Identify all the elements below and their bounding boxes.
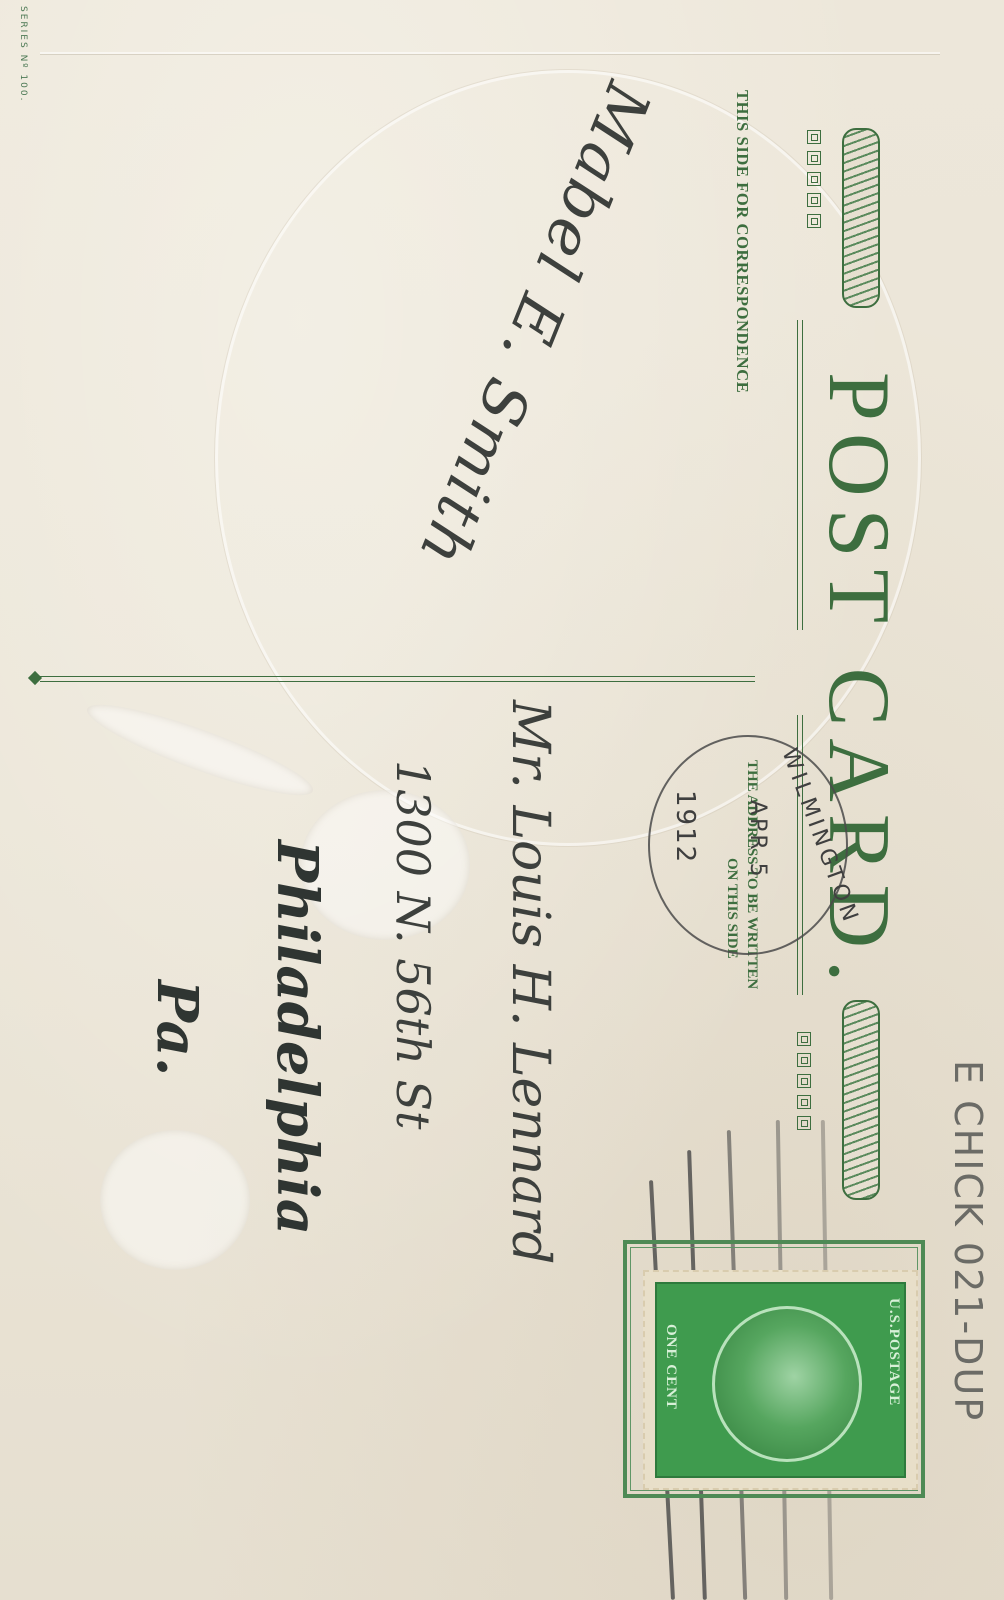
laurel-ornament-top — [842, 128, 880, 308]
emboss-leaf — [80, 690, 319, 810]
correspondence-label: THIS SIDE FOR CORRESPONDENCE — [732, 90, 752, 393]
recipient-street: 1300 N. 56th St — [386, 760, 440, 1130]
recipient-city: Philadelphia — [264, 840, 330, 1235]
stamp-denomination: ONE CENT — [662, 1324, 679, 1410]
decor-boxes-bottom — [797, 1032, 811, 1137]
postmark-year: 1912 — [670, 790, 700, 864]
emboss-border-top — [40, 52, 940, 54]
laurel-ornament-bottom — [842, 1000, 880, 1200]
stamp-portrait — [712, 1306, 862, 1462]
ornament-line — [797, 320, 798, 630]
postmark-date: APR 5 — [745, 800, 770, 880]
ornament-line — [802, 320, 803, 630]
stamp-design: U.S.POSTAGE ONE CENT — [655, 1282, 906, 1478]
series-label: SERIES Nº 100. — [18, 6, 28, 102]
emboss-flower — [100, 1130, 250, 1270]
center-divider — [40, 676, 755, 682]
postcard-back: SERIES Nº 100. THIS SIDE FOR CORRESPONDE… — [0, 0, 1004, 1600]
pencil-inventory-note: E CHICK 021-DUP — [946, 1060, 990, 1422]
decor-boxes-top — [807, 130, 821, 235]
divider-diamond-ornament — [28, 671, 42, 685]
postage-stamp: U.S.POSTAGE ONE CENT — [643, 1270, 918, 1490]
recipient-name: Mr. Louis H. Lennard — [500, 700, 560, 1264]
stamp-top-text: U.S.POSTAGE — [885, 1298, 902, 1406]
recipient-state: Pa. — [144, 980, 210, 1076]
